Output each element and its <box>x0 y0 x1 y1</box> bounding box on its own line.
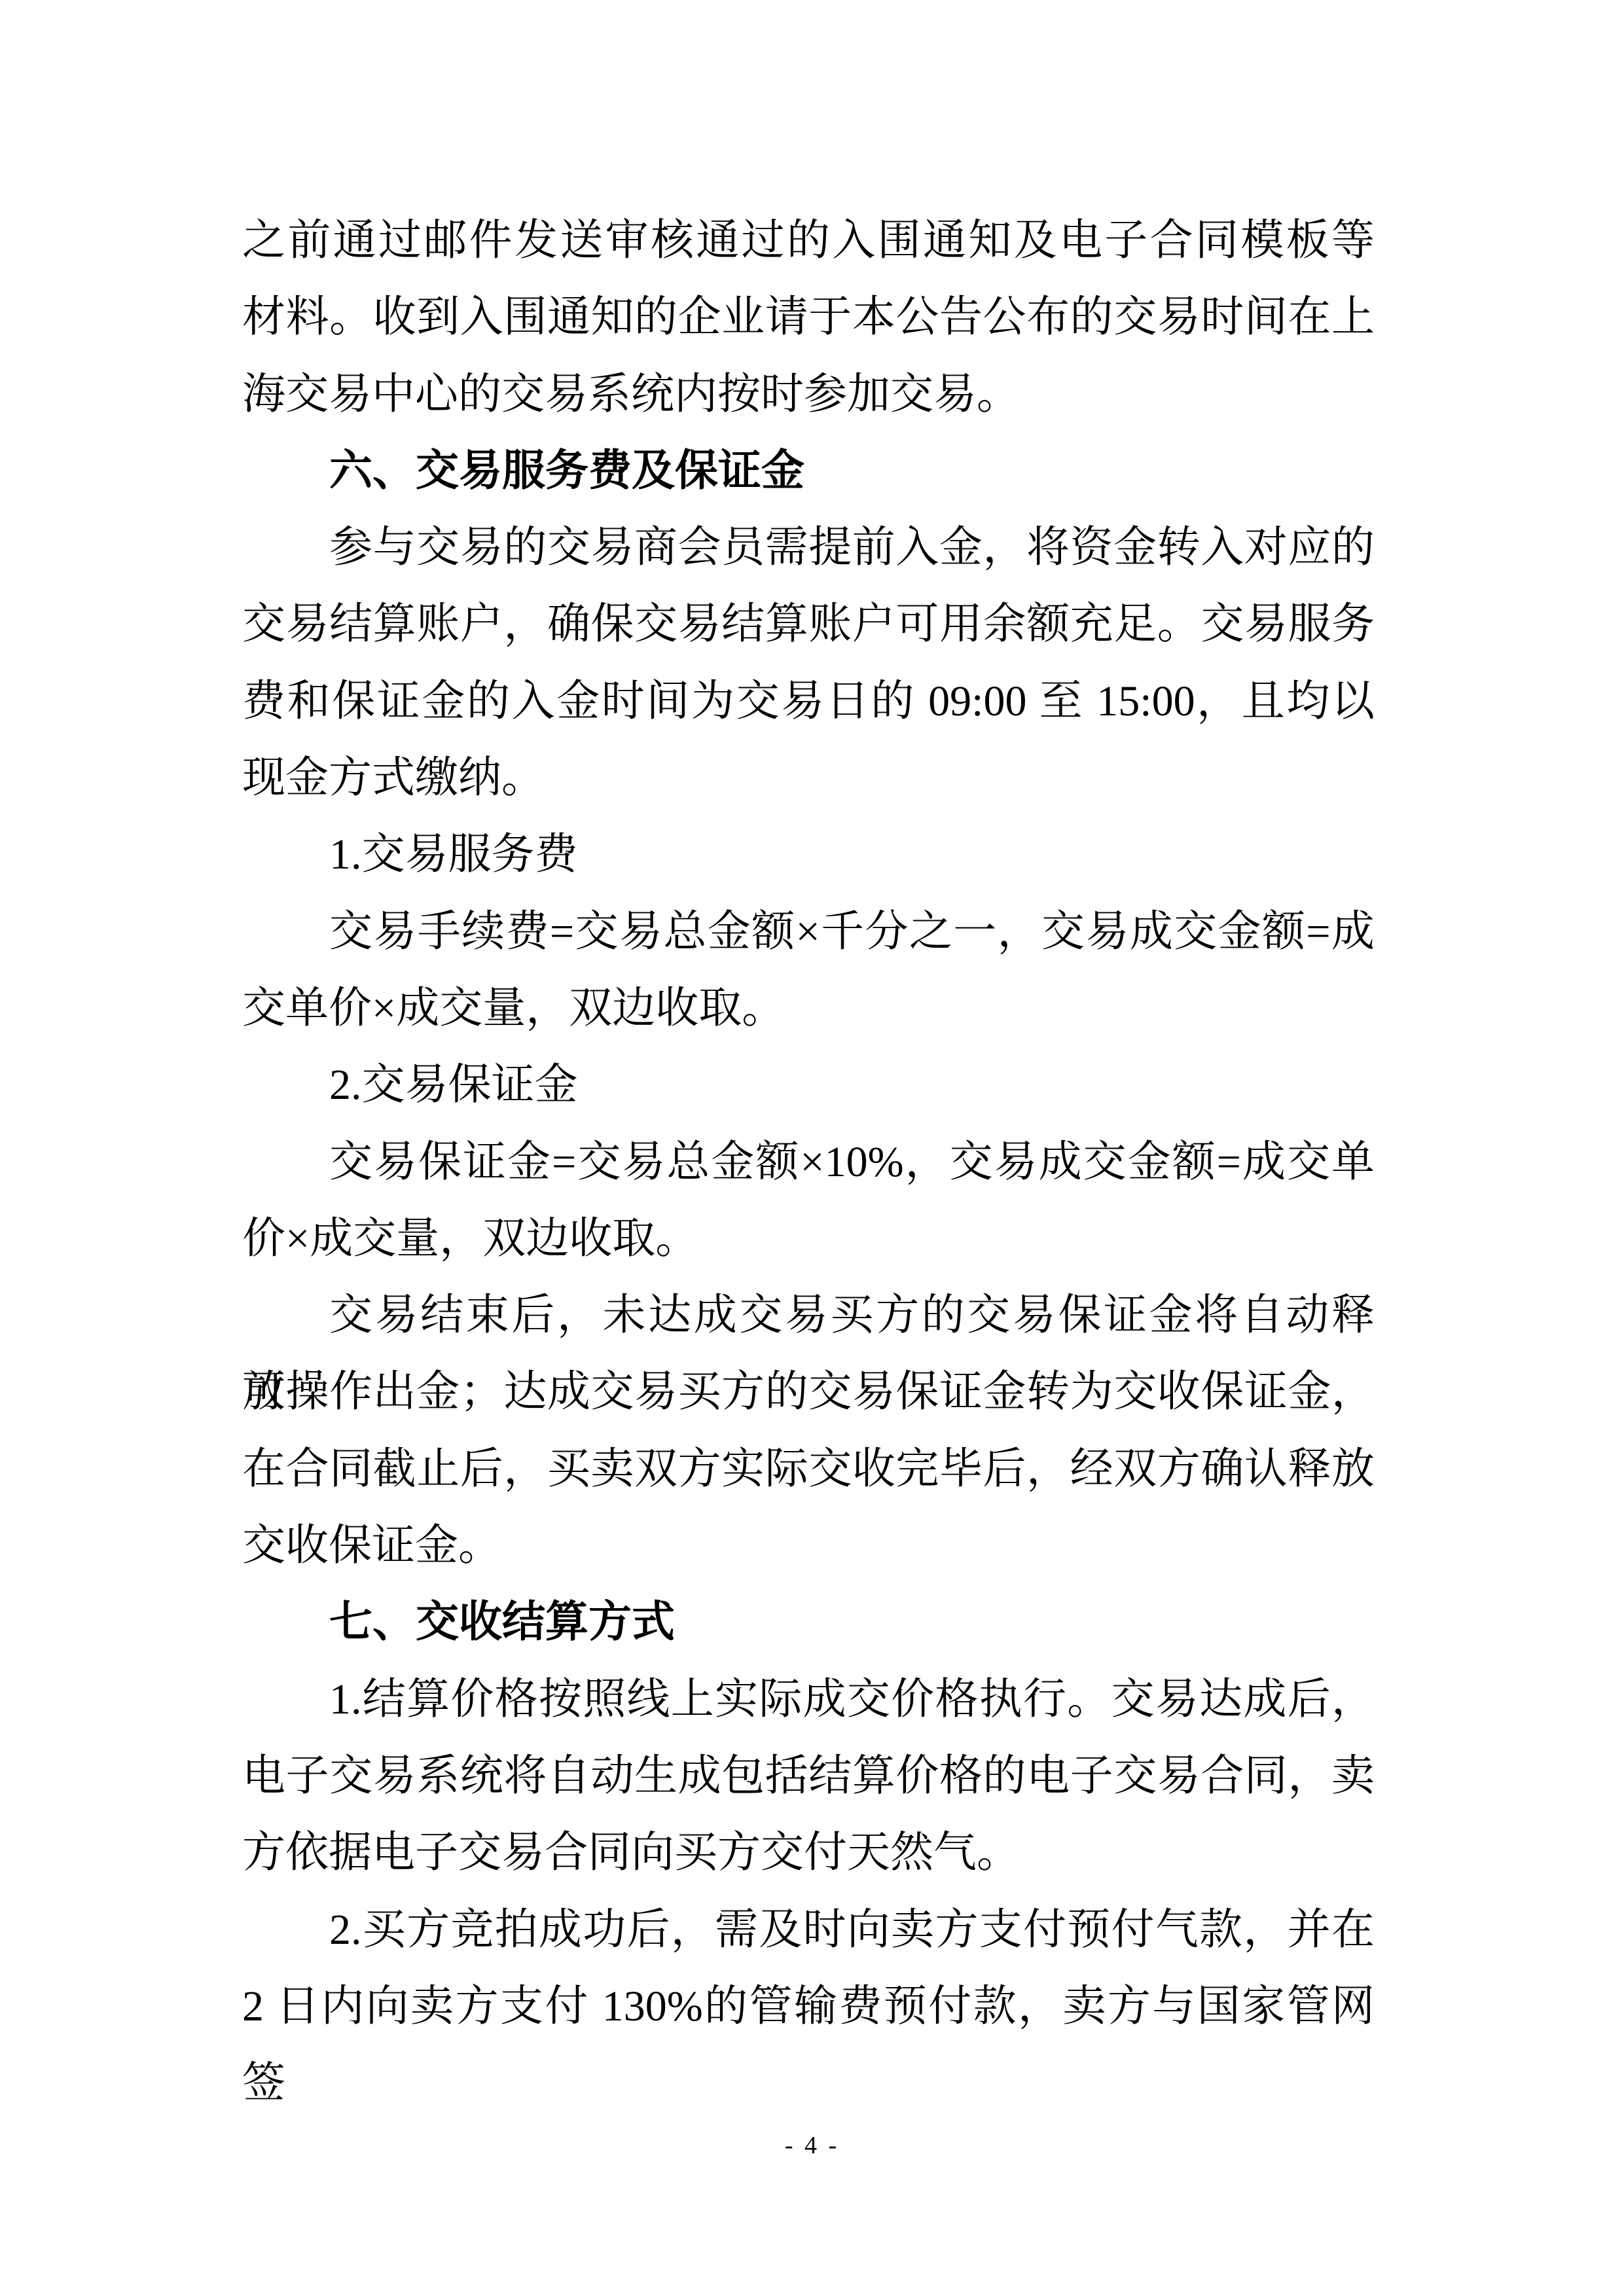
text-line: 在合同截止后，买卖双方实际交收完毕后，经双方确认释放 <box>242 1431 1375 1507</box>
text-line: 可操作出金；达成交易买方的交易保证金转为交收保证金， <box>242 1354 1375 1430</box>
text-line: 交易结算账户，确保交易结算账户可用余额充足。交易服务 <box>242 586 1375 662</box>
text-line: 方依据电子交易合同向买方交付天然气。 <box>242 1814 1375 1891</box>
text-line: 价×成交量，双边收取。 <box>242 1200 1375 1277</box>
text-line: 现金方式缴纳。 <box>242 740 1375 816</box>
list-item-label: 1.交易服务费 <box>242 816 1375 893</box>
text-line: 费和保证金的入金时间为交易日的 09:00 至 15:00，且均以 <box>242 663 1375 740</box>
text-line: 海交易中心的交易系统内按时参加交易。 <box>242 356 1375 433</box>
text-line: 交收保证金。 <box>242 1507 1375 1584</box>
document-page: 之前通过邮件发送审核通过的入围通知及电子合同模板等 材料。收到入围通知的企业请于… <box>0 0 1624 2296</box>
text-line: 交易手续费=交易总金额×千分之一，交易成交金额=成 <box>242 893 1375 970</box>
text-line: 交易结束后，未达成交易买方的交易保证金将自动释放， <box>242 1277 1375 1354</box>
text-line: 电子交易系统将自动生成包括结算价格的电子交易合同，卖 <box>242 1738 1375 1814</box>
text-line: 交单价×成交量，双边收取。 <box>242 970 1375 1047</box>
text-line: 之前通过邮件发送审核通过的入围通知及电子合同模板等 <box>242 202 1375 279</box>
text-line: 2 日内向卖方支付 130%的管输费预付款，卖方与国家管网签 <box>242 1968 1375 2045</box>
section-heading: 七、交收结算方式 <box>242 1584 1375 1660</box>
text-line: 交易保证金=交易总金额×10%，交易成交金额=成交单 <box>242 1124 1375 1200</box>
section-heading: 六、交易服务费及保证金 <box>242 433 1375 509</box>
text-line: 参与交易的交易商会员需提前入金，将资金转入对应的 <box>242 509 1375 586</box>
text-line: 材料。收到入围通知的企业请于本公告公布的交易时间在上 <box>242 279 1375 355</box>
list-item-label: 2.交易保证金 <box>242 1047 1375 1123</box>
text-line: 1.结算价格按照线上实际成交价格执行。交易达成后， <box>242 1661 1375 1738</box>
text-block: 之前通过邮件发送审核通过的入围通知及电子合同模板等 材料。收到入围通知的企业请于… <box>242 202 1375 2045</box>
page-number: - 4 - <box>0 2126 1624 2165</box>
text-line: 2.买方竞拍成功后，需及时向卖方支付预付气款，并在 <box>242 1892 1375 1968</box>
